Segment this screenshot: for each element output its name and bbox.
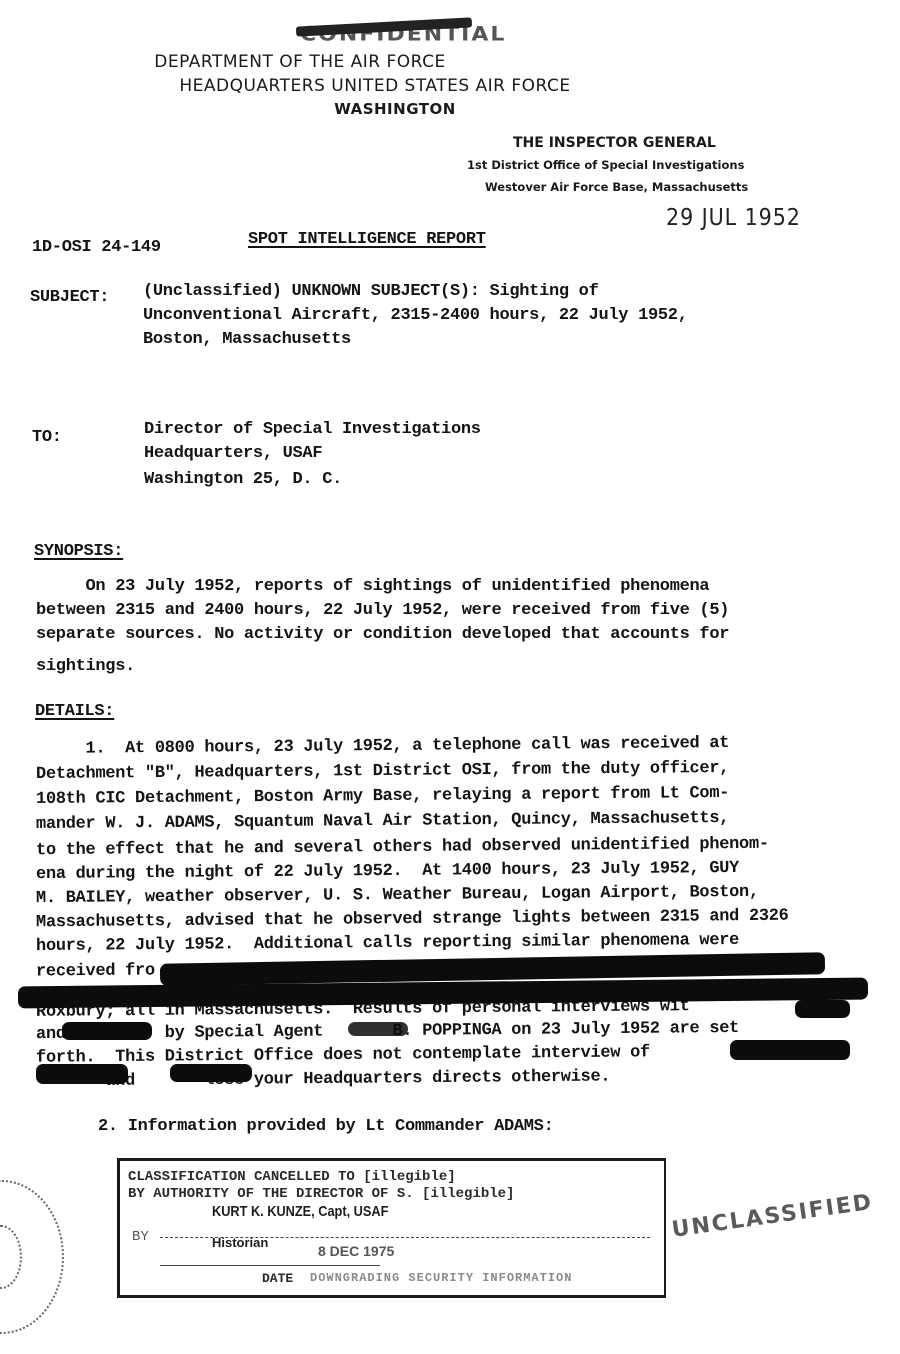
date-stamp: 29 JUL 1952 [666,205,801,231]
office-location: Westover Air Force Base, Massachusetts [485,180,748,194]
declass-officer-name: KURT K. KUNZE, Capt, USAF [212,1203,388,1220]
redaction-bar [18,978,868,1009]
to-line: Washington 25, D. C. [144,470,342,489]
date-line [160,1265,380,1266]
synopsis-line: sightings. [36,657,135,676]
subject-line: Unconventional Aircraft, 2315-2400 hours… [143,306,688,325]
details-line: M. BAILEY, weather observer, U. S. Weath… [36,883,759,908]
details-paragraph-2: 2. Information provided by Lt Commander … [98,1117,553,1136]
details-line: hours, 22 July 1952. Additional calls re… [36,931,739,956]
declassification-stamp: CLASSIFICATION CANCELLED TO [illegible] … [117,1158,666,1298]
synopsis-line: separate sources. No activity or conditi… [36,625,729,644]
file-number: 1D-OSI 24-149 [32,238,161,257]
subject-line: (Unclassified) UNKNOWN SUBJECT(S): Sight… [143,282,598,301]
details-line: 108th CIC Detachment, Boston Army Base, … [36,784,729,809]
subject-label: SUBJECT: [30,288,109,307]
office-title: THE INSPECTOR GENERAL [513,135,716,151]
to-label: TO: [32,428,62,447]
declass-line-1: CLASSIFICATION CANCELLED TO [illegible] [128,1169,456,1185]
headquarters-heading: HEADQUARTERS UNITED STATES AIR FORCE [60,76,690,96]
city-heading: WASHINGTON [80,100,710,118]
declass-footer-faint: DOWNGRADING SECURITY INFORMATION [310,1271,572,1285]
to-line: Director of Special Investigations [144,420,481,439]
subject-line: Boston, Massachusetts [143,330,351,349]
synopsis-line: between 2315 and 2400 hours, 22 July 195… [36,601,729,620]
redaction-bar [170,1064,252,1082]
synopsis-line: On 23 July 1952, reports of sightings of… [36,577,709,596]
details-line: mander W. J. ADAMS, Squantum Naval Air S… [36,809,729,834]
declass-officer-role: Historian [212,1235,268,1250]
to-line: Headquarters, USAF [144,444,322,463]
redaction-bar [36,1064,128,1084]
details-line: 1. At 0800 hours, 23 July 1952, a teleph… [36,734,729,759]
details-line: Massachusetts, advised that he observed … [36,907,789,933]
department-heading: DEPARTMENT OF THE AIR FORCE [50,52,550,72]
office-district: 1st District Office of Special Investiga… [467,158,744,172]
declass-by-label: BY [132,1229,149,1245]
unclassified-stamp: UNCLASSIFIED [670,1190,874,1243]
report-title: SPOT INTELLIGENCE REPORT [248,230,486,249]
details-heading: DETAILS: [35,702,114,721]
details-line: forth. This District Office does not con… [36,1043,650,1067]
synopsis-heading: SYNOPSIS: [34,542,123,561]
details-line: received fro [36,961,155,981]
declass-date-value: 8 DEC 1975 [318,1243,394,1259]
redaction-bar [795,1000,850,1018]
details-line: ena during the night of 22 July 1952. At… [36,859,739,884]
details-line: to the effect that he and several others… [36,835,769,860]
details-line: Detachment "B", Headquarters, 1st Distri… [36,759,729,784]
redaction-bar [348,1022,408,1036]
declass-line-2: BY AUTHORITY OF THE DIRECTOR OF S. [ille… [128,1186,514,1202]
redaction-bar [62,1022,152,1040]
redaction-bar [730,1040,850,1060]
declass-date-label: DATE [262,1271,293,1286]
